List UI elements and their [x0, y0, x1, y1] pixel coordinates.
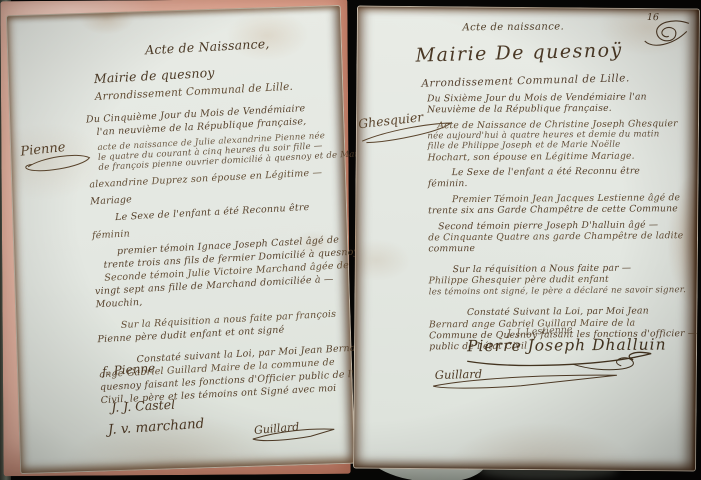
signature-guillard-right: Guillard: [435, 367, 483, 382]
signature-guillard-left: Guillard: [254, 420, 300, 437]
manuscript-line: féminin.: [428, 177, 684, 191]
right-page-text: Du Sixième Jour du Mois de Vendémiaire l…: [427, 91, 685, 353]
signature-dhalluin: Pierre Joseph Dhalluin: [467, 335, 667, 355]
left-page-text: Acte de Naissance,Mairie de quesnoyArron…: [82, 32, 351, 407]
scanned-register-photo: Pienne Acte de Naissance,Mairie de quesn…: [0, 0, 701, 480]
right-page: Acte de naissance. 16 Mairie De quesnoÿ …: [353, 6, 700, 472]
manuscript-line: commune: [428, 242, 684, 256]
signature-flourish-icon: [463, 348, 663, 376]
left-margin-note: Pienne: [20, 137, 97, 179]
manuscript-line: Hochart, son épouse en Légitime Mariage.: [428, 150, 684, 164]
right-page-subtitle: Arrondissement Communal de Lille.: [421, 72, 630, 89]
left-page: Pienne Acte de Naissance,Mairie de quesn…: [6, 5, 355, 474]
right-page-title: Mairie De quesnoÿ: [415, 39, 623, 66]
signature-castel: J. J. Castel: [111, 397, 175, 415]
manuscript-line: trente six ans Garde Champêtre de cette …: [428, 203, 684, 217]
manuscript-line: les témoins ont signé, le père a déclaré…: [429, 285, 685, 299]
manuscript-line: Neuvième de la République française.: [427, 103, 683, 117]
right-page-header: Acte de naissance.: [358, 21, 669, 35]
signature-marchand: J. v. marchand: [107, 416, 204, 438]
manuscript-line: Acte de Naissance,: [82, 32, 333, 62]
page-number-paraph-icon: [643, 17, 691, 61]
